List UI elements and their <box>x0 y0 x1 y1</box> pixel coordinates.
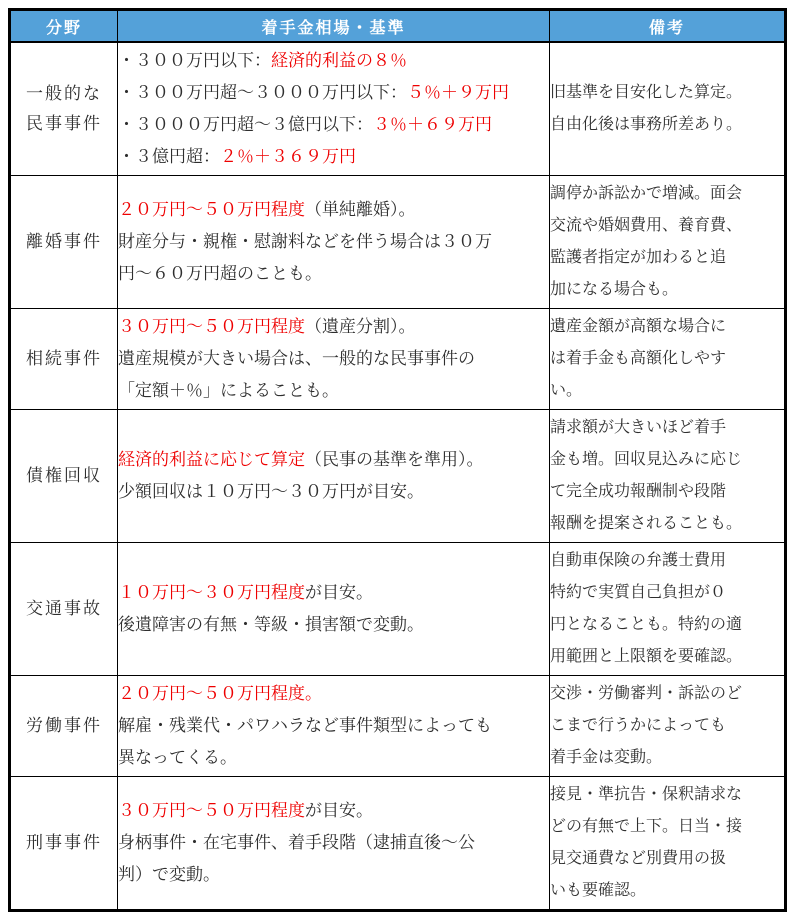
fee-highlight: ３％＋６９万円 <box>373 115 492 134</box>
table-row: 交通事故１０万円～３０万円程度が目安。後遺障害の有無・等級・損害額で変動。自動車… <box>10 543 786 676</box>
remark-line: 報酬を提案されることも。 <box>550 508 784 540</box>
remark-line: 監護者指定が加わると追 <box>550 242 784 274</box>
table-row: 一般的な民事事件・３００万円以下：経済的利益の８％・３００万円超～３０００万円以… <box>10 42 786 176</box>
remark-line: 交流や婚姻費用、養育費、 <box>550 210 784 242</box>
table-body: 一般的な民事事件・３００万円以下：経済的利益の８％・３００万円超～３０００万円以… <box>10 42 786 911</box>
remark-line: 旧基準を目安化した算定。 <box>550 77 784 109</box>
table-row: 債権回収経済的利益に応じて算定（民事の基準を準用）。少額回収は１０万円～３０万円… <box>10 410 786 543</box>
document-page: 分野 着手金相場・基準 備考 一般的な民事事件・３００万円以下：経済的利益の８％… <box>0 0 792 920</box>
fee-line: 財産分与・親権・慰謝料などを伴う場合は３０万 <box>118 226 549 258</box>
field-cell: 離婚事件 <box>10 176 118 309</box>
fee-line: 遺産規模が大きい場合は、一般的な民事事件の <box>118 343 549 375</box>
field-cell: 交通事故 <box>10 543 118 676</box>
fee-highlight: １０万円～３０万円程度 <box>118 583 305 602</box>
field-cell: 債権回収 <box>10 410 118 543</box>
fee-text: 財産分与・親権・慰謝料などを伴う場合は３０万 <box>118 232 492 251</box>
remark-line: 交渉・労働審判・訴訟のど <box>550 678 784 710</box>
remark-line: は着手金も高額化しやす <box>550 343 784 375</box>
fee-text: ・３億円超： <box>118 147 220 166</box>
remark-line: 円となることも。特約の適 <box>550 609 784 641</box>
fee-line: ２０万円～５０万円程度。 <box>118 678 549 710</box>
fee-highlight: ５％＋９万円 <box>407 83 509 102</box>
fee-line: 円～６０万円超のことも。 <box>118 258 549 290</box>
fee-cell: ・３００万円以下：経済的利益の８％・３００万円超～３０００万円以下：５％＋９万円… <box>118 42 550 176</box>
fee-line: 身柄事件・在宅事件、着手段階（逮捕直後～公 <box>118 827 549 859</box>
fee-line: ・３億円超：２％＋３６９万円 <box>118 141 549 173</box>
remarks-cell: 接見・準抗告・保釈請求などの有無で上下。日当・接見交通費など別費用の扱いも要確認… <box>550 777 786 911</box>
fee-text: 判）で変動。 <box>118 865 220 884</box>
fee-line: 「定額＋％」によることも。 <box>118 375 549 407</box>
fee-highlight: 経済的利益の８％ <box>271 51 407 70</box>
remarks-cell: 請求額が大きいほど着手金も増。回収見込みに応じて完全成功報酬制や段階報酬を提案さ… <box>550 410 786 543</box>
fee-highlight: ３０万円～５０万円程度 <box>118 801 305 820</box>
table-row: 相続事件３０万円～５０万円程度（遺産分割）。遺産規模が大きい場合は、一般的な民事… <box>10 309 786 410</box>
fee-text: （民事の基準を準用）。 <box>305 450 484 469</box>
fee-text: が目安。 <box>305 583 373 602</box>
fee-highlight: ２％＋３６９万円 <box>220 147 356 166</box>
field-cell: 労働事件 <box>10 676 118 777</box>
remark-line: 自動車保険の弁護士費用 <box>550 545 784 577</box>
remark-line: 特約で実質自己負担が０ <box>550 577 784 609</box>
fee-table: 分野 着手金相場・基準 備考 一般的な民事事件・３００万円以下：経済的利益の８％… <box>8 8 787 912</box>
remark-line: 請求額が大きいほど着手 <box>550 412 784 444</box>
fee-text: 「定額＋％」によることも。 <box>118 381 339 400</box>
remarks-cell: 自動車保険の弁護士費用特約で実質自己負担が０円となることも。特約の適用範囲と上限… <box>550 543 786 676</box>
header-row: 分野 着手金相場・基準 備考 <box>10 10 786 43</box>
remark-line: 着手金は変動。 <box>550 742 784 774</box>
fee-cell: ３０万円～５０万円程度が目安。身柄事件・在宅事件、着手段階（逮捕直後～公判）で変… <box>118 777 550 911</box>
fee-line: １０万円～３０万円程度が目安。 <box>118 577 549 609</box>
fee-text: 後遺障害の有無・等級・損害額で変動。 <box>118 615 424 634</box>
field-cell: 一般的な民事事件 <box>10 42 118 176</box>
fee-text: 異なってくる。 <box>118 748 237 767</box>
fee-line: ・３００万円超～３０００万円以下：５％＋９万円 <box>118 77 549 109</box>
fee-text: 円～６０万円超のことも。 <box>118 264 322 283</box>
remark-line: 自由化後は事務所差あり。 <box>550 109 784 141</box>
fee-text: （単純離婚）。 <box>305 200 416 219</box>
field-cell: 刑事事件 <box>10 777 118 911</box>
fee-text: が目安。 <box>305 801 373 820</box>
fee-cell: ２０万円～５０万円程度（単純離婚）。財産分与・親権・慰謝料などを伴う場合は３０万… <box>118 176 550 309</box>
remark-line: 接見・準抗告・保釈請求な <box>550 779 784 811</box>
remarks-cell: 遺産金額が高額な場合には着手金も高額化しやすい。 <box>550 309 786 410</box>
fee-line: 経済的利益に応じて算定（民事の基準を準用）。 <box>118 444 549 476</box>
fee-line: 異なってくる。 <box>118 742 549 774</box>
fee-text: ・３０００万円超～３億円以下： <box>118 115 373 134</box>
remarks-cell: 交渉・労働審判・訴訟のどこまで行うかによっても着手金は変動。 <box>550 676 786 777</box>
fee-highlight: ２０万円～５０万円程度。 <box>118 684 322 703</box>
remark-line: 金も増。回収見込みに応じ <box>550 444 784 476</box>
fee-line: ２０万円～５０万円程度（単純離婚）。 <box>118 194 549 226</box>
remark-line: て完全成功報酬制や段階 <box>550 476 784 508</box>
fee-text: ・３００万円超～３０００万円以下： <box>118 83 407 102</box>
fee-line: ３０万円～５０万円程度（遺産分割）。 <box>118 311 549 343</box>
fee-line: 判）で変動。 <box>118 859 549 891</box>
remarks-cell: 旧基準を目安化した算定。自由化後は事務所差あり。 <box>550 42 786 176</box>
remark-line: 加になる場合も。 <box>550 274 784 306</box>
remark-line: 調停か訴訟かで増減。面会 <box>550 178 784 210</box>
table-row: 離婚事件２０万円～５０万円程度（単純離婚）。財産分与・親権・慰謝料などを伴う場合… <box>10 176 786 309</box>
remarks-cell: 調停か訴訟かで増減。面会交流や婚姻費用、養育費、監護者指定が加わると追加になる場… <box>550 176 786 309</box>
remark-line: 遺産金額が高額な場合に <box>550 311 784 343</box>
fee-highlight: ２０万円～５０万円程度 <box>118 200 305 219</box>
fee-text: 身柄事件・在宅事件、着手段階（逮捕直後～公 <box>118 833 475 852</box>
fee-text: 少額回収は１０万円～３０万円が目安。 <box>118 482 424 501</box>
fee-line: 後遺障害の有無・等級・損害額で変動。 <box>118 609 549 641</box>
header-fee-standard: 着手金相場・基準 <box>118 10 550 43</box>
remark-line: い。 <box>550 375 784 407</box>
fee-line: ・３００万円以下：経済的利益の８％ <box>118 45 549 77</box>
fee-line: 解雇・残業代・パワハラなど事件類型によっても <box>118 710 549 742</box>
table-row: 刑事事件３０万円～５０万円程度が目安。身柄事件・在宅事件、着手段階（逮捕直後～公… <box>10 777 786 911</box>
fee-line: ・３０００万円超～３億円以下：３％＋６９万円 <box>118 109 549 141</box>
fee-text: 解雇・残業代・パワハラなど事件類型によっても <box>118 716 492 735</box>
fee-highlight: ３０万円～５０万円程度 <box>118 317 305 336</box>
fee-text: ・３００万円以下： <box>118 51 271 70</box>
remark-line: こまで行うかによっても <box>550 710 784 742</box>
fee-cell: １０万円～３０万円程度が目安。後遺障害の有無・等級・損害額で変動。 <box>118 543 550 676</box>
remark-line: 用範囲と上限額を要確認。 <box>550 641 784 673</box>
header-remarks: 備考 <box>550 10 786 43</box>
fee-text: （遺産分割）。 <box>305 317 416 336</box>
fee-cell: 経済的利益に応じて算定（民事の基準を準用）。少額回収は１０万円～３０万円が目安。 <box>118 410 550 543</box>
fee-line: 少額回収は１０万円～３０万円が目安。 <box>118 476 549 508</box>
header-field: 分野 <box>10 10 118 43</box>
field-cell: 相続事件 <box>10 309 118 410</box>
fee-cell: ３０万円～５０万円程度（遺産分割）。遺産規模が大きい場合は、一般的な民事事件の「… <box>118 309 550 410</box>
remark-line: いも要確認。 <box>550 875 784 907</box>
fee-cell: ２０万円～５０万円程度。解雇・残業代・パワハラなど事件類型によっても異なってくる… <box>118 676 550 777</box>
table-row: 労働事件２０万円～５０万円程度。解雇・残業代・パワハラなど事件類型によっても異な… <box>10 676 786 777</box>
remark-line: どの有無で上下。日当・接 <box>550 811 784 843</box>
remark-line: 見交通費など別費用の扱 <box>550 843 784 875</box>
fee-highlight: 経済的利益に応じて算定 <box>118 450 305 469</box>
fee-line: ３０万円～５０万円程度が目安。 <box>118 795 549 827</box>
fee-text: 遺産規模が大きい場合は、一般的な民事事件の <box>118 349 475 368</box>
